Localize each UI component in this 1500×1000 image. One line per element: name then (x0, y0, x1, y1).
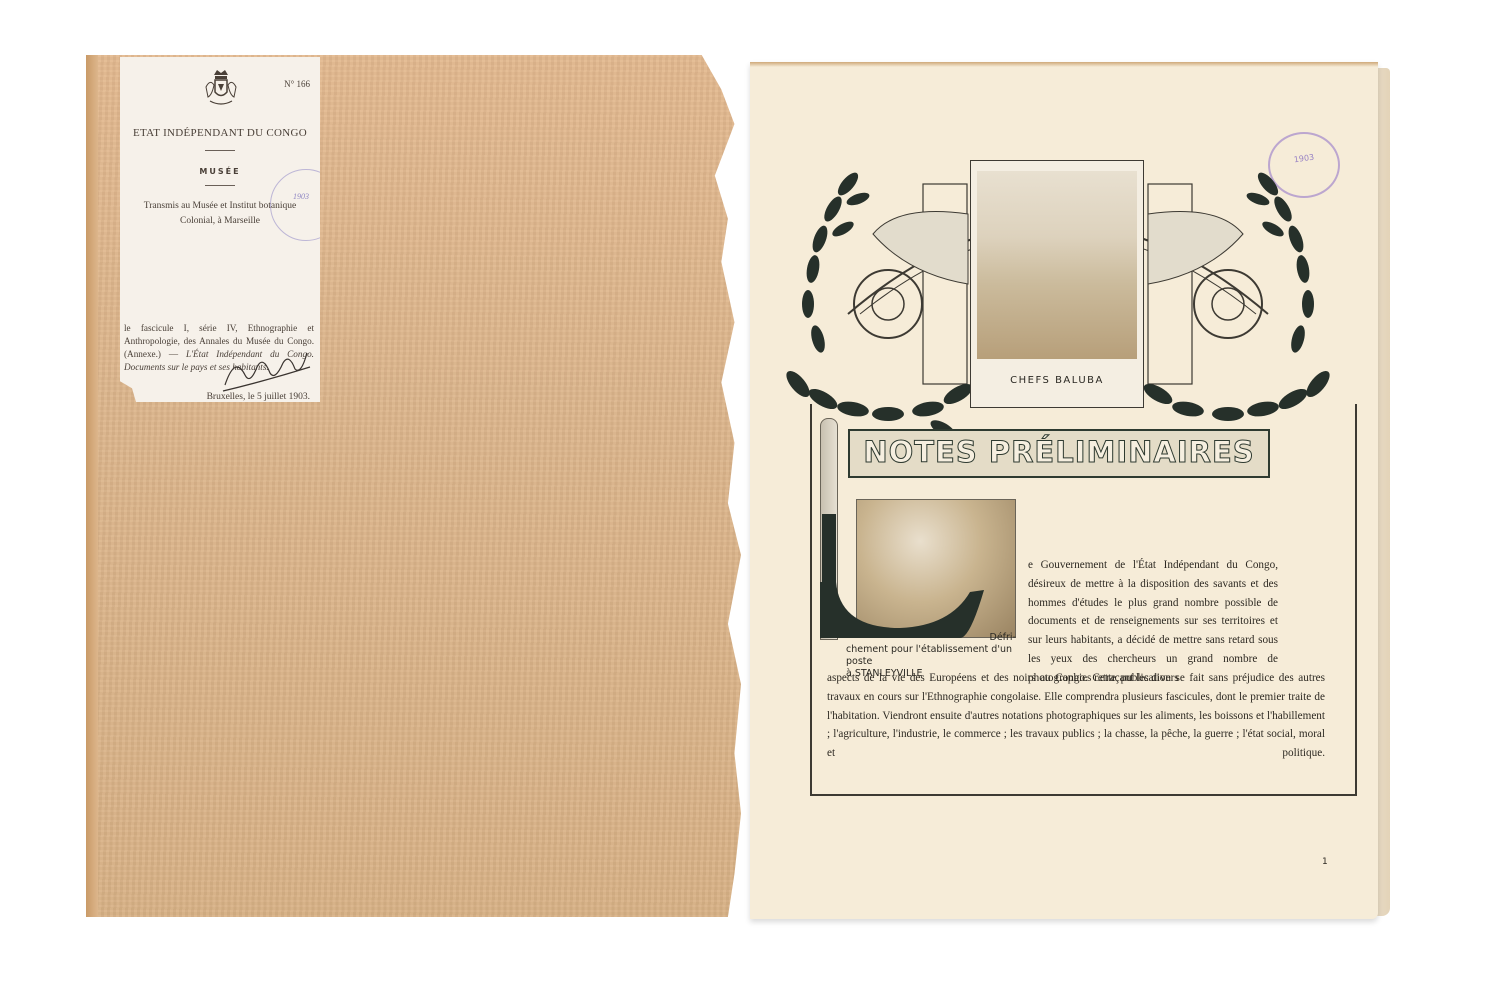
signature-icon (215, 345, 315, 395)
divider (205, 185, 235, 186)
label-transmis: Transmis au Musée et Institut botanique … (126, 199, 314, 229)
page-number: 1 (1322, 857, 1328, 867)
page-top-edge (750, 62, 1378, 67)
paragraph-intro: e Gouvernement de l'État Indépendant du … (1028, 556, 1278, 688)
cover-edge (86, 55, 98, 917)
paragraph-continued: aspects de la vie des Européens et des n… (827, 669, 1325, 763)
divider (205, 150, 235, 151)
photo-caption: CHEFS BALUBA (971, 375, 1143, 386)
initial-letter-L-foot (820, 582, 984, 638)
royal-crest-icon (202, 67, 240, 109)
title-banner: NOTES PRÉLIMINAIRES (848, 429, 1270, 478)
label-title: ETAT INDÉPENDANT DU CONGO (120, 127, 320, 139)
label-number: N° 166 (284, 79, 310, 89)
page-title: NOTES PRÉLIMINAIRES (850, 435, 1268, 469)
photo-chefs-baluba: CHEFS BALUBA (970, 160, 1144, 408)
photo-image (977, 171, 1137, 359)
right-page: 1903 (750, 62, 1378, 919)
label-section: MUSÉE (120, 167, 320, 176)
